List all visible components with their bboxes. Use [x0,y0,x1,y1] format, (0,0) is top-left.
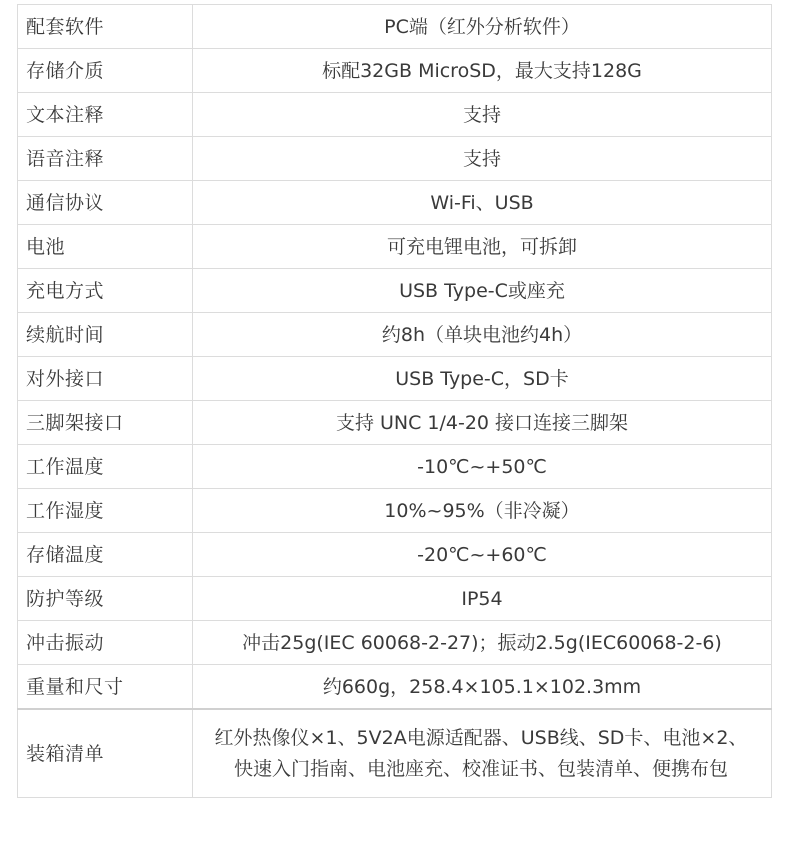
row-label: 对外接口 [18,357,193,401]
row-value: USB Type-C或座充 [193,269,772,313]
row-value: 冲击25g(IEC 60068-2-27)；振动2.5g(IEC60068-2-… [193,621,772,665]
spec-table-body: 配套软件 PC端（红外分析软件） 存储介质 标配32GB MicroSD，最大支… [18,5,772,798]
table-row-interfaces: 对外接口 USB Type-C，SD卡 [18,357,772,401]
row-label: 充电方式 [18,269,193,313]
table-row-shock-vibration: 冲击振动 冲击25g(IEC 60068-2-27)；振动2.5g(IEC600… [18,621,772,665]
table-row-tripod: 三脚架接口 支持 UNC 1/4-20 接口连接三脚架 [18,401,772,445]
row-value: 可充电锂电池，可拆卸 [193,225,772,269]
row-label: 存储温度 [18,533,193,577]
table-row-software: 配套软件 PC端（红外分析软件） [18,5,772,49]
packing-list-line-2: 快速入门指南、电池座充、校准证书、包装清单、便携布包 [201,754,761,785]
table-row-operating-humidity: 工作湿度 10%~95%（非冷凝） [18,489,772,533]
row-label: 防护等级 [18,577,193,621]
row-label: 语音注释 [18,137,193,181]
table-row-voice-annotation: 语音注释 支持 [18,137,772,181]
table-row-storage-media: 存储介质 标配32GB MicroSD，最大支持128G [18,49,772,93]
row-label: 冲击振动 [18,621,193,665]
row-label: 重量和尺寸 [18,665,193,710]
row-label: 装箱清单 [18,709,193,798]
table-row-text-annotation: 文本注释 支持 [18,93,772,137]
row-label: 三脚架接口 [18,401,193,445]
table-row-packing-list: 装箱清单 红外热像仪×1、5V2A电源适配器、USB线、SD卡、电池×2、 快速… [18,709,772,798]
row-label: 文本注释 [18,93,193,137]
table-row-protection: 防护等级 IP54 [18,577,772,621]
table-row-battery: 电池 可充电锂电池，可拆卸 [18,225,772,269]
row-label: 存储介质 [18,49,193,93]
row-value: -20℃~+60℃ [193,533,772,577]
row-value: 标配32GB MicroSD，最大支持128G [193,49,772,93]
row-value: Wi-Fi、USB [193,181,772,225]
table-row-weight-size: 重量和尺寸 约660g，258.4×105.1×102.3mm [18,665,772,710]
row-label: 电池 [18,225,193,269]
table-row-battery-life: 续航时间 约8h（单块电池约4h） [18,313,772,357]
table-row-communication: 通信协议 Wi-Fi、USB [18,181,772,225]
row-value: -10℃~+50℃ [193,445,772,489]
table-row-operating-temp: 工作温度 -10℃~+50℃ [18,445,772,489]
row-value-packing-list: 红外热像仪×1、5V2A电源适配器、USB线、SD卡、电池×2、 快速入门指南、… [193,709,772,798]
table-row-storage-temp: 存储温度 -20℃~+60℃ [18,533,772,577]
row-value: 支持 [193,93,772,137]
row-value: PC端（红外分析软件） [193,5,772,49]
row-value: 支持 UNC 1/4-20 接口连接三脚架 [193,401,772,445]
spec-table: 配套软件 PC端（红外分析软件） 存储介质 标配32GB MicroSD，最大支… [17,4,772,798]
row-value: 10%~95%（非冷凝） [193,489,772,533]
row-value: 支持 [193,137,772,181]
table-row-charging: 充电方式 USB Type-C或座充 [18,269,772,313]
row-label: 工作湿度 [18,489,193,533]
row-value: 约660g，258.4×105.1×102.3mm [193,665,772,710]
row-label: 配套软件 [18,5,193,49]
row-label: 通信协议 [18,181,193,225]
row-label: 续航时间 [18,313,193,357]
row-value: IP54 [193,577,772,621]
row-value: USB Type-C，SD卡 [193,357,772,401]
packing-list-line-1: 红外热像仪×1、5V2A电源适配器、USB线、SD卡、电池×2、 [201,723,761,754]
row-label: 工作温度 [18,445,193,489]
row-value: 约8h（单块电池约4h） [193,313,772,357]
